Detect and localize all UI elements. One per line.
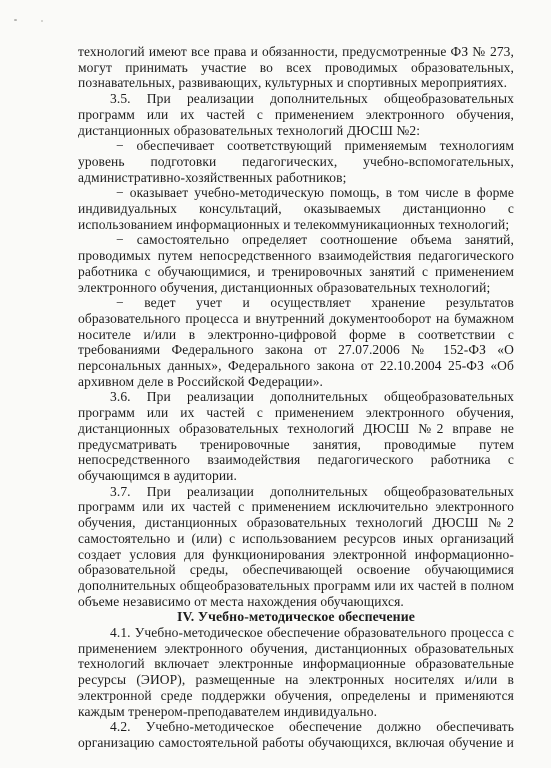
scanned-document-page: технологий имеют все права и обязанности…: [0, 0, 551, 768]
list-item-dash-1: − обеспечивает соответствующий применяем…: [78, 138, 514, 185]
list-item-dash-3: − самостоятельно определяет соотношение …: [78, 232, 514, 295]
paragraph-3-6: 3.6. При реализации дополнительных общео…: [78, 389, 514, 483]
paragraph-3-5: 3.5. При реализации дополнительных общео…: [78, 91, 514, 138]
scan-dust-speck-icon: [14, 19, 17, 21]
paragraph-continuation: технологий имеют все права и обязанности…: [78, 44, 514, 91]
paragraph-4-1: 4.1. Учебно-методическое обеспечение обр…: [78, 625, 514, 719]
list-item-dash-4: − ведет учет и осуществляет хранение рез…: [78, 295, 514, 389]
scan-dust-speck-icon: [41, 20, 43, 22]
document-text-block: технологий имеют все права и обязанности…: [78, 44, 514, 751]
section-iv-heading: IV. Учебно-методическое обеспечение: [78, 609, 514, 625]
paragraph-3-7: 3.7. При реализации дополнительных общео…: [78, 484, 514, 610]
list-item-dash-2: − оказывает учебно-методическую помощь, …: [78, 185, 514, 232]
paragraph-4-2: 4.2. Учебно-методическое обеспечение дол…: [78, 719, 514, 750]
